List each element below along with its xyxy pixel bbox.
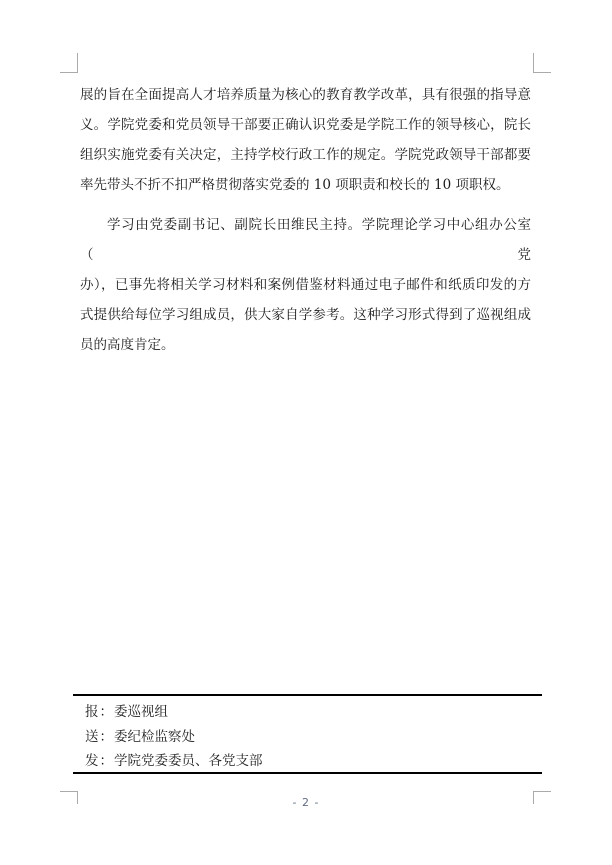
body-line: 组织实施党委有关决定，主持学校行政工作的规定。学院党政领导干部都要 xyxy=(80,140,531,170)
distribution-value: 学院党委委员、各党支部 xyxy=(114,753,263,769)
page-number: - 2 - xyxy=(0,796,612,809)
margin-mark-top-left-icon xyxy=(60,53,78,73)
distribution-line-send: 送：委纪检监察处 xyxy=(85,725,542,750)
distribution-label: 报： xyxy=(85,704,114,720)
body-line: 员的高度肯定。 xyxy=(80,330,531,360)
body-line: 展的旨在全面提高人才培养质量为核心的教育教学改革，具有很强的指导意 xyxy=(80,80,531,110)
document-page: 展的旨在全面提高人才培养质量为核心的教育教学改革，具有很强的指导意 义。学院党委… xyxy=(0,0,612,865)
distribution-line-report: 报：委巡视组 xyxy=(85,700,542,725)
body-line: 办），已事先将相关学习材料和案例借鉴材料通过电子邮件和纸质印发的方 xyxy=(80,270,531,300)
body-line: 式提供给每位学习组成员，供大家自学参考。这种学习形式得到了巡视组成 xyxy=(80,300,531,330)
distribution-line-issue: 发：学院党委委员、各党支部 xyxy=(85,749,542,774)
body-paragraph: 学习由党委副书记、副院长田维民主持。学院理论学习中心组办公室（党 办），已事先将… xyxy=(80,210,531,360)
body-paragraph: 展的旨在全面提高人才培养质量为核心的教育教学改革，具有很强的指导意 义。学院党委… xyxy=(80,80,531,200)
margin-mark-top-right-icon xyxy=(533,53,551,73)
distribution-label: 送： xyxy=(85,729,114,745)
body-line: 率先带头不折不扣严格贯彻落实党委的 10 项职责和校长的 10 项职权。 xyxy=(80,170,531,200)
distribution-value: 委纪检监察处 xyxy=(114,729,195,745)
body-text: 展的旨在全面提高人才培养质量为核心的教育教学改革，具有很强的指导意 义。学院党委… xyxy=(80,80,531,360)
body-line: 义。学院党委和党员领导干部要正确认识党委是学院工作的领导核心，院长 xyxy=(80,110,531,140)
distribution-block: 报：委巡视组 送：委纪检监察处 发：学院党委委员、各党支部 xyxy=(73,694,542,774)
body-line: 学习由党委副书记、副院长田维民主持。学院理论学习中心组办公室（党 xyxy=(80,210,531,270)
distribution-label: 发： xyxy=(85,753,114,769)
distribution-value: 委巡视组 xyxy=(114,704,168,720)
